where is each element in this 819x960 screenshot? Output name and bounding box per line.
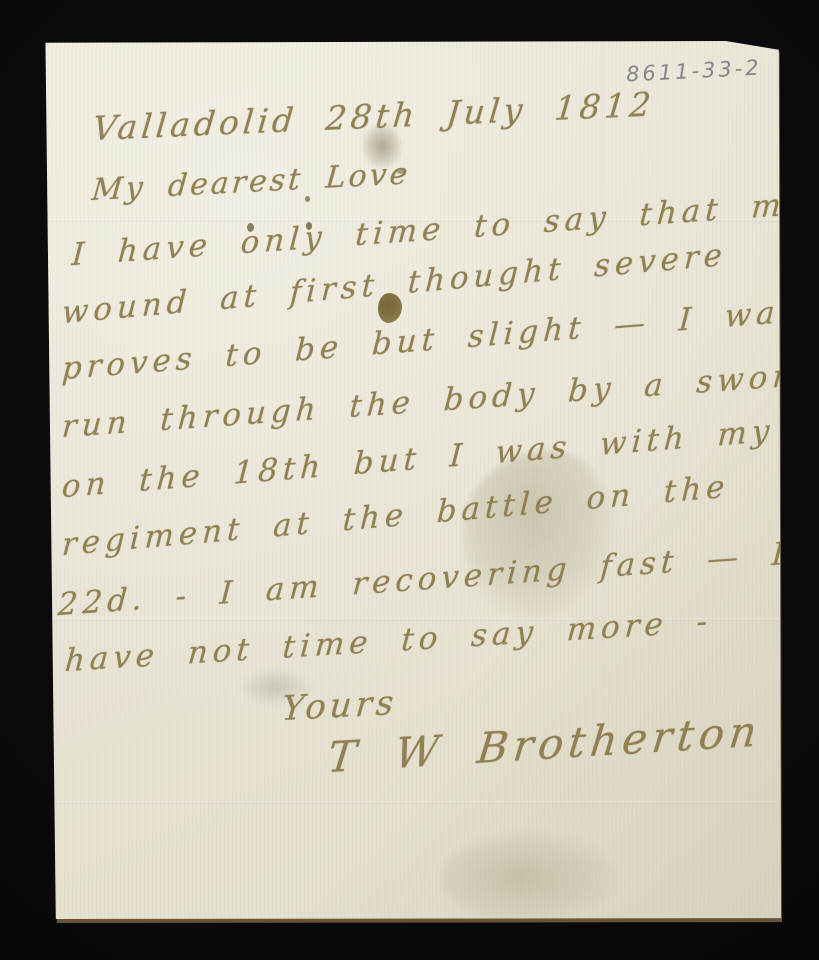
photograph-black-background: 8611-33-2 Valladolid 28th July 1812 My d… — [0, 0, 819, 960]
letter-paper: 8611-33-2 Valladolid 28th July 1812 My d… — [44, 41, 781, 919]
ink-speck — [305, 196, 310, 202]
water-stain-bottom — [442, 831, 617, 923]
horizontal-fold-crease-bottom — [44, 801, 781, 804]
archive-reference-number: 8611-33-2 — [625, 55, 762, 86]
letter-line-salutation: My dearest Love — [90, 156, 411, 208]
letter-line-closing: Yours — [280, 683, 399, 729]
water-stain-middle — [462, 451, 617, 621]
letter-line-place-date: Valladolid 28th July 1812 — [91, 84, 656, 148]
